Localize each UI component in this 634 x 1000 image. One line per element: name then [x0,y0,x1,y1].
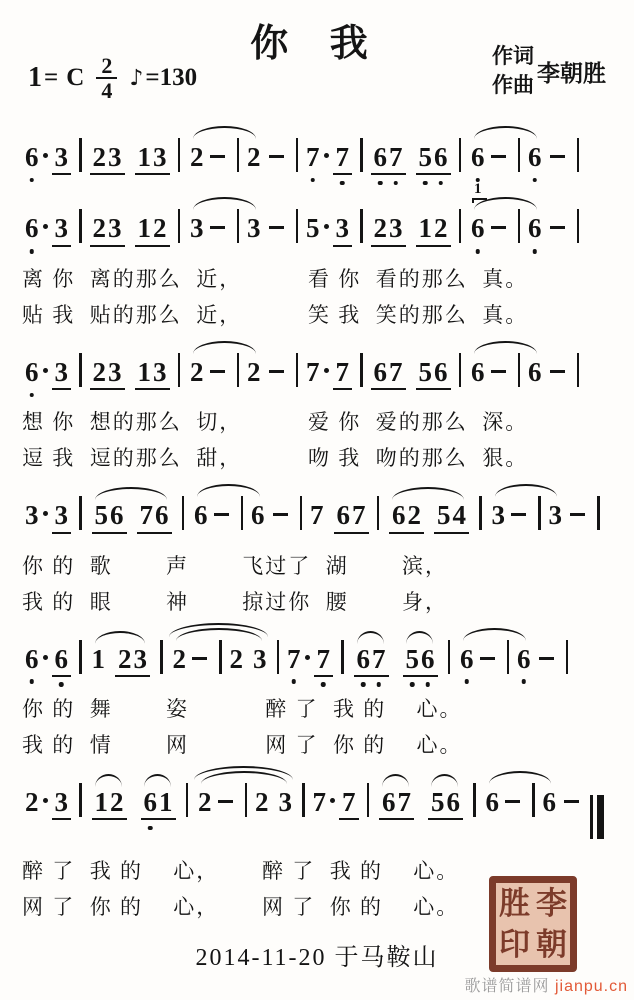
dash-note [550,226,565,229]
beam-group: 56 [92,499,127,533]
barline [532,783,535,817]
note-digit: 6 [54,643,70,675]
note-digit: 2 [246,141,262,173]
note-digit: 2 [172,643,188,675]
barline [577,209,580,243]
note-digit: 5 [430,786,446,818]
note-digit: 6 [433,356,449,388]
dash-note [505,800,520,803]
note-digit: 2 [152,212,168,244]
note-digit: 7 [305,141,321,173]
barline [341,640,344,674]
barline [237,353,240,387]
note-group [545,138,587,173]
note-digit: 6 [459,643,475,675]
beam-group: 6 [52,643,72,677]
final-bar-thick [597,795,604,839]
augmentation-dot [305,655,310,660]
watermark-site-name: 歌谱简谱网 [464,978,549,995]
note-digit: 2 [109,786,125,818]
dash-note [210,370,225,373]
note-digit: 1 [91,643,107,675]
note-digit: 3 [54,212,70,244]
note-group: 776756 [264,138,469,175]
dash-note [210,155,225,158]
barline [360,353,363,387]
note-digit: 6 [143,786,159,818]
note-digit: 2 [229,643,245,675]
note-digit: 6 [24,643,40,675]
credit-labels: 作词 作曲 [492,42,534,100]
note-group: 632313 [24,353,187,390]
note-digit: 7 [316,643,332,675]
note-digit: 2 [189,356,205,388]
barline [186,783,189,817]
beam-group: 67 [371,141,406,175]
note-digit: 7 [139,499,155,531]
music-line-3: 6323132277675666 [0,333,634,404]
note-group [565,496,607,531]
note-digit: 6 [433,141,449,173]
note-digit: 2 [373,212,389,244]
note-digit: 1 [137,212,153,244]
note-digit: 1 [94,786,110,818]
note-digit: 6 [470,212,486,244]
beam-group: 3 [52,141,72,175]
note-group: 23 [24,783,89,820]
low-octave-dot [321,682,326,687]
low-octave-dot [340,181,345,186]
barline [178,209,181,243]
low-octave-dot [410,682,415,687]
beam-group: 12 [92,786,127,820]
slur-group: 33 [189,209,262,244]
barline [577,353,580,387]
final-bar-thin [590,795,593,839]
barline [219,640,222,674]
barline [296,209,299,243]
note-digit: 3 [252,643,268,675]
barline [577,138,580,172]
note-digit: 2 [197,786,213,818]
sheet-music-page: 你 我 1 = C 2 4 ♪ =130 作词 作曲 李朝胜 632313227… [0,0,634,1000]
composer-label: 作曲 [492,71,534,100]
barline [459,353,462,387]
barline [160,640,163,674]
slur-group: 22 [189,138,262,173]
barline [296,138,299,172]
slur-group: 66 [485,783,558,818]
note-digit: 3 [152,141,168,173]
dash-note [192,657,207,660]
note-digit: 7 [335,356,351,388]
dash-note [570,513,585,516]
beam-group: 7 [314,643,334,677]
lyric-row: 我 的 眼 神 掠过你 腰 身， [0,584,634,620]
lyric-row: 我 的 情 网 网 了 你 的 心。 [0,727,634,763]
note-group [417,786,425,818]
note-digit: 6 [391,499,407,531]
slur-group: 123 [91,643,152,677]
note-digit: 3 [107,356,123,388]
tempo-value: =130 [145,64,197,92]
note-group [472,496,489,531]
dash-note [218,800,233,803]
slur-group: 67 [353,643,390,677]
note-digit: 2 [92,356,108,388]
slur-group: 22 [189,353,262,388]
note-digit: 1 [137,141,153,173]
barline [518,138,521,172]
beam-group: 13 [135,141,170,175]
beam-group: 67 [371,356,406,390]
dash-note [269,370,284,373]
beam-group: 23 [90,212,125,246]
beam-group: 76 [137,499,172,533]
watermark: 歌谱简谱网 jianpu.cn [464,973,628,996]
beam-group: 23 [90,141,125,175]
tempo-marking: ♪ =130 [129,64,197,92]
barline [479,496,482,530]
dash-note [273,513,288,516]
seal-char: 胜 [499,888,530,919]
barline [178,138,181,172]
note-digit: 7 [388,141,404,173]
lyric-row: 贴 我 贴的那么 近， 笑 我 笑的那么 真。 [0,297,634,333]
low-octave-dot [311,178,316,183]
note-digit: 3 [388,212,404,244]
note-digit: 3 [107,212,123,244]
note-digit: 5 [418,356,434,388]
note-group [466,783,483,818]
low-octave-dot [30,393,35,398]
beam-group: 7 [333,356,353,390]
augmentation-dot [43,511,48,516]
note-digit: 7 [312,786,328,818]
note-digit: 3 [54,141,70,173]
note-digit: 6 [470,141,486,173]
note-digit: 6 [527,212,543,244]
low-octave-dot [59,682,64,687]
lyric-row: 离 你 离的那么 近， 看 你 看的那么 真。 [0,261,634,297]
note-group [130,786,138,818]
note-digit: 7 [388,356,404,388]
barline [459,138,462,172]
barline [473,783,476,817]
note-digit: 7 [371,643,387,675]
note-digit: 6 [24,212,40,244]
note-digit: 1 [418,212,434,244]
music-line-1: 6323132277675666 [0,118,634,189]
low-octave-dot [30,178,35,183]
note-digit: 3 [278,786,294,818]
augmentation-dot [43,153,48,158]
music-line-2: 63231233532312166 [0,189,634,260]
slur-group: 66 [470,353,543,388]
note-digit: 6 [470,356,486,388]
low-octave-dot [148,826,153,831]
barline [360,138,363,172]
slur-group: 33 [491,496,564,531]
note-group [545,209,587,244]
barline [360,209,363,243]
note-digit: 5 [94,499,110,531]
note-digit: 7 [335,141,351,173]
beam-group: 12 [416,212,451,246]
dash-note [480,657,495,660]
beam-group: 54 [434,499,469,533]
note-group: 33 [24,496,89,533]
note-digit: 6 [485,786,501,818]
note-digit: 6 [24,141,40,173]
augmentation-dot [43,655,48,660]
note-digit: 3 [246,212,262,244]
seal-char: 印 [499,929,530,960]
note-digit: 2 [92,141,108,173]
note-digit: 6 [373,356,389,388]
time-signature: 2 4 [96,54,117,102]
slur-group: 66 [193,496,266,531]
note-digit: 2 [189,141,205,173]
beam-group: 3 [333,212,353,246]
note-group [179,783,196,818]
dash-note [269,155,284,158]
note-digit: 6 [381,786,397,818]
note-digit: 3 [189,212,205,244]
note-digit: 7 [286,643,302,675]
beam-group: 12 [135,212,170,246]
barline [377,496,380,530]
barline [79,138,82,172]
note-digit: 2 [24,786,40,818]
note-digit: 6 [154,499,170,531]
barline [79,783,82,817]
dash-note [511,513,526,516]
beam-group: 56 [428,786,463,820]
beam-group: 61 [141,786,176,820]
note-digit: 6 [24,356,40,388]
key-signature: 1 = C 2 4 ♪ =130 [28,54,197,102]
low-octave-dot [30,249,35,254]
slur-group: 61 [140,786,177,820]
barline [448,640,451,674]
augmentation-dot [43,798,48,803]
seal-char: 朝 [536,929,567,960]
note-digit: 7 [397,786,413,818]
augmentation-dot [43,224,48,229]
note-digit: 3 [152,356,168,388]
augmentation-dot [43,368,48,373]
note-group [392,643,400,675]
slur-group: 12 [91,786,128,820]
barline [277,640,280,674]
barline [79,209,82,243]
slur-group: 223 [172,640,268,675]
note-digit: 6 [356,643,372,675]
slur-group: 166 [470,209,543,244]
note-digit: 3 [133,643,149,675]
note-digit: 6 [446,786,462,818]
note-group: 532312 [264,209,469,246]
note-digit: 6 [527,141,543,173]
low-octave-dot [533,178,538,183]
low-octave-dot [439,181,444,186]
note-digit: 2 [254,786,270,818]
dash-note [214,513,229,516]
note-digit: 7 [309,499,325,531]
slur-group: 5676 [91,499,173,533]
seal-stamp: 胜 李 印 朝 [489,876,577,972]
lyric-row: 你 的 歌 声 飞过了 湖 滨， [0,548,634,584]
beam-group: 7 [339,786,359,820]
low-octave-dot [361,682,366,687]
music-line-4: 33567666767625433 [0,476,634,547]
barline [245,783,248,817]
barline [237,138,240,172]
note-group [559,786,604,839]
note-digit: 2 [407,499,423,531]
note-digit: 3 [491,499,507,531]
slur-group: 56 [427,786,464,820]
eighth-note-icon: ♪ [129,66,143,91]
note-digit: 3 [54,786,70,818]
note-digit: 5 [405,643,421,675]
note-group: 767 [268,496,387,533]
note-digit: 5 [436,499,452,531]
lyric-row: 想 你 想的那么 切， 爱 你 爱的那么 深。 [0,404,634,440]
note-digit: 6 [420,643,436,675]
beam-group: 67 [354,643,389,677]
note-digit: 6 [109,499,125,531]
note-digit: 6 [542,786,558,818]
barline [538,496,541,530]
beam-group: 3 [52,212,72,246]
slur-group: 223 [197,783,293,818]
note-group: 66 [24,640,89,677]
barline [241,496,244,530]
note-digit: 3 [54,499,70,531]
dash-note [550,155,565,158]
note-digit: 7 [305,356,321,388]
slur-group: 56 [402,643,439,677]
note-digit: 6 [516,643,532,675]
barline [518,353,521,387]
barline [518,209,521,243]
note-group: 632313 [24,138,187,175]
dash-note [210,226,225,229]
slur-group: 67 [378,786,415,820]
lyric-row: 逗 我 逗的那么 甜， 吻 我 吻的那么 狠。 [0,440,634,476]
beam-group: 7 [333,141,353,175]
beam-group: 3 [52,499,72,533]
barline [597,496,600,530]
note-group [153,640,170,675]
dash-note [564,800,579,803]
note-digit: 3 [24,499,40,531]
beam-group: 56 [416,356,451,390]
note-digit: 6 [373,141,389,173]
note-digit: 2 [246,356,262,388]
beam-group: 13 [135,356,170,390]
note-digit: 4 [452,499,468,531]
beam-group: 23 [371,212,406,246]
note-digit: 3 [335,212,351,244]
music-line-5: 6612322377675666 [0,620,634,691]
dash-note [539,657,554,660]
author-name: 李朝胜 [537,55,606,88]
beam-group: 3 [52,356,72,390]
low-octave-dot [378,181,383,186]
note-group [441,640,458,675]
watermark-url: jianpu.cn [555,978,628,995]
beam-group: 62 [389,499,424,533]
barline [182,496,185,530]
key-equals: = [44,64,58,92]
note-digit: 6 [527,356,543,388]
barline [296,353,299,387]
barline [507,640,510,674]
augmentation-dot [324,368,329,373]
note-digit: 2 [92,212,108,244]
note-digit: 1 [137,356,153,388]
beam-group: 67 [379,786,414,820]
barline [566,640,569,674]
beam-group: 56 [403,643,438,677]
beam-group: 23 [115,643,150,677]
barline [237,209,240,243]
low-octave-dot [292,679,297,684]
note-digit: 2 [433,212,449,244]
note-digit: 5 [418,141,434,173]
dash-note [491,155,506,158]
barline [79,353,82,387]
low-octave-dot [522,679,527,684]
note-digit: 7 [341,786,357,818]
dash-note [550,370,565,373]
barline [459,209,462,243]
slur-group: 6254 [388,499,470,533]
note-digit: 6 [250,499,266,531]
barline [79,640,82,674]
dash-note [269,226,284,229]
low-octave-dot [394,181,399,186]
beam-group: 67 [334,499,369,533]
note-digit: 2 [117,643,133,675]
dash-note [491,370,506,373]
augmentation-dot [330,798,335,803]
note-group: 77 [270,640,351,677]
note-group: 776756 [264,353,469,390]
low-octave-dot [377,682,382,687]
note-group: 632312 [24,209,187,246]
lyricist-label: 作词 [492,42,534,71]
note-digit: 7 [351,499,367,531]
beam-group: 23 [90,356,125,390]
barline [300,496,303,530]
low-octave-dot [533,249,538,254]
note-digit: 3 [107,141,123,173]
note-digit: 6 [193,499,209,531]
low-octave-dot [30,679,35,684]
note-group [175,496,192,531]
note-digit: 3 [548,499,564,531]
key-name: C [66,64,84,92]
note-digit: 1 [158,786,174,818]
augmentation-dot [324,224,329,229]
final-barline [590,795,604,839]
header: 你 我 1 = C 2 4 ♪ =130 作词 作曲 李朝胜 [0,0,634,118]
note-digit: 5 [305,212,321,244]
